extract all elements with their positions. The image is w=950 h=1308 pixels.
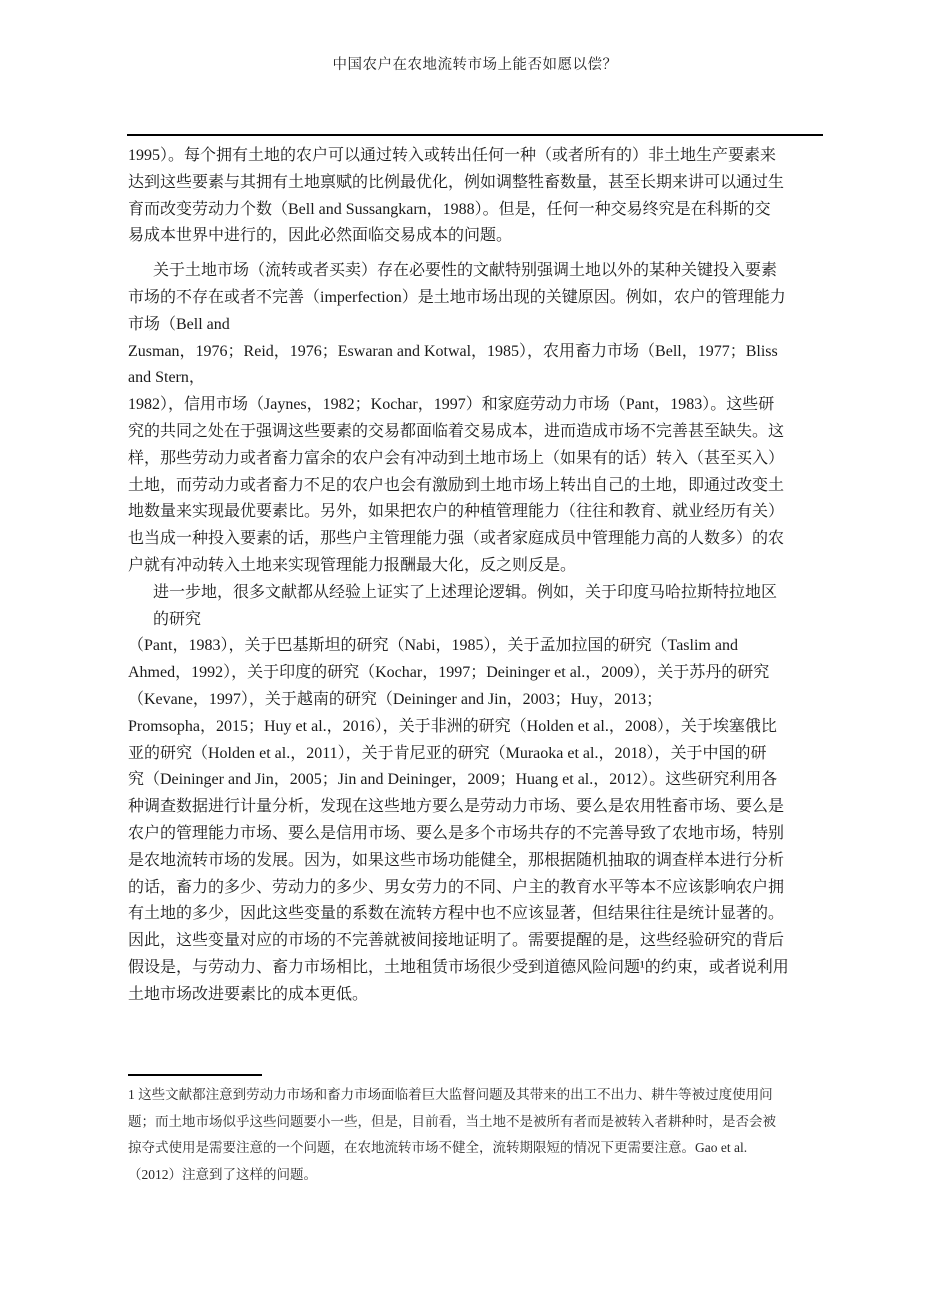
footnote-line: （2012）注意到了这样的问题。 [128, 1162, 828, 1189]
footnote-line: 1 这些文献都注意到劳动力市场和畜力市场面临着巨大监督问题及其带来的出工不出力、… [128, 1082, 828, 1109]
page-header-title: 中国农户在农地流转市场上能否如愿以偿？ [0, 53, 950, 74]
body-text-line: Zusman，1976；Reid，1976；Eswaran and Kotwal… [128, 339, 828, 366]
body-text-line: 土地，而劳动力或者畜力不足的农户也会有激励到土地市场上转出自己的土地，即通过改变… [128, 473, 828, 500]
body-text-line: 户就有冲动转入土地来实现管理能力报酬最大化，反之则反是。 [128, 553, 828, 580]
body-text-line: 的话，畜力的多少、劳动力的多少、男女劳力的不同、户主的教育水平等本不应该影响农户… [128, 875, 828, 902]
body-text-line: 有土地的多少，因此这些变量的系数在流转方程中也不应该显著，但结果往往是统计显著的… [128, 901, 828, 928]
body-text-line: 市场（Bell and [128, 312, 828, 339]
body-text-line: 市场的不存在或者不完善（imperfection）是土地市场出现的关键原因。例如… [128, 285, 828, 312]
footnote: 1 这些文献都注意到劳动力市场和畜力市场面临着巨大监督问题及其带来的出工不出力、… [128, 1082, 828, 1188]
header-rule [127, 134, 823, 136]
body-text-line: 种调查数据进行计量分析，发现在这些地方要么是劳动力市场、要么是农用牲畜市场、要么… [128, 794, 828, 821]
footnote-separator [128, 1074, 262, 1076]
body-text-line: 也当成一种投入要素的话，那些户主管理能力强（或者家庭成员中管理能力高的人数多）的… [128, 526, 828, 553]
body-text: 1995）。每个拥有土地的农户可以通过转入或转出任何一种（或者所有的）非土地生产… [128, 143, 828, 1009]
body-text-line: 究（Deininger and Jin，2005；Jin and Deining… [128, 767, 828, 794]
body-text-line: 育而改变劳动力个数（Bell and Sussangkarn，1988）。但是，… [128, 197, 828, 224]
body-text-line: Ahmed，1992），关于印度的研究（Kochar，1997；Deininge… [128, 660, 828, 687]
body-text-line: 易成本世界中进行的，因此必然面临交易成本的问题。 [128, 223, 828, 250]
body-text-line: 假设是，与劳动力、畜力市场相比，土地租赁市场很少受到道德风险问题¹的约束，或者说… [128, 955, 828, 982]
body-text-line: 进一步地，很多文献都从经验上证实了上述理论逻辑。例如，关于印度马哈拉斯特拉地区 [128, 580, 828, 607]
body-text-line: and Stern， [128, 365, 828, 392]
body-text-line: Promsopha，2015；Huy et al.，2016），关于非洲的研究（… [128, 714, 828, 741]
footnote-line: 掠夺式使用是需要注意的一个问题，在农地流转市场不健全，流转期限短的情况下更需要注… [128, 1135, 828, 1162]
body-text-line: 1982），信用市场（Jaynes，1982；Kochar，1997）和家庭劳动… [128, 392, 828, 419]
body-text-line: 达到这些要素与其拥有土地禀赋的比例最优化，例如调整牲畜数量，甚至长期来讲可以通过… [128, 170, 828, 197]
document-page: 中国农户在农地流转市场上能否如愿以偿？ 1995）。每个拥有土地的农户可以通过转… [0, 0, 950, 1308]
body-text-line: 亚的研究（Holden et al.，2011），关于肯尼亚的研究（Muraok… [128, 741, 828, 768]
body-text-line: （Kevane，1997），关于越南的研究（Deininger and Jin，… [128, 687, 828, 714]
body-text-line: 因此，这些变量对应的市场的不完善就被间接地证明了。需要提醒的是，这些经验研究的背… [128, 928, 828, 955]
body-text-line: 1995）。每个拥有土地的农户可以通过转入或转出任何一种（或者所有的）非土地生产… [128, 143, 828, 170]
footnote-line: 题；而土地市场似乎这些问题要小一些，但是，目前看，当土地不是被所有者而是被转入者… [128, 1109, 828, 1136]
body-text-line: 样，那些劳动力或者畜力富余的农户会有冲动到土地市场上（如果有的话）转入（甚至买入… [128, 446, 828, 473]
body-text-line: 究的共同之处在于强调这些要素的交易都面临着交易成本，进而造成市场不完善甚至缺失。… [128, 419, 828, 446]
body-text-line: 土地市场改进要素比的成本更低。 [128, 982, 828, 1009]
body-text-line: 农户的管理能力市场、要么是信用市场、要么是多个市场共存的不完善导致了农地市场，特… [128, 821, 828, 848]
body-text-line: （Pant，1983），关于巴基斯坦的研究（Nabi，1985），关于孟加拉国的… [128, 633, 828, 660]
body-text-line: 关于土地市场（流转或者买卖）存在必要性的文献特别强调土地以外的某种关键投入要素 [128, 258, 828, 285]
body-text-line: 的研究 [128, 607, 828, 634]
body-text-line: 是农地流转市场的发展。因为，如果这些市场功能健全，那根据随机抽取的调查样本进行分… [128, 848, 828, 875]
body-text-line: 地数量来实现最优要素比。另外，如果把农户的种植管理能力（往往和教育、就业经历有关… [128, 499, 828, 526]
